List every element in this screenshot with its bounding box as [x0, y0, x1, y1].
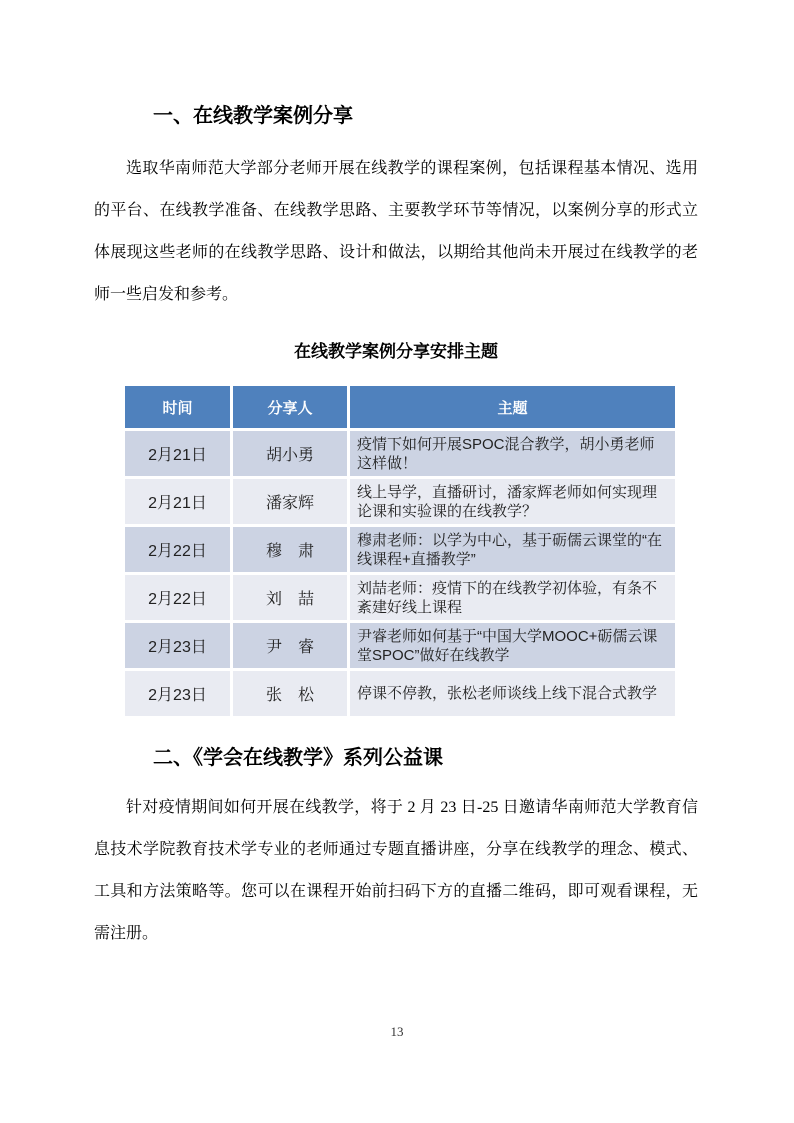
section-1-paragraph: 选取华南师范大学部分老师开展在线教学的课程案例，包括课程基本情况、选用的平台、在… [94, 148, 698, 316]
section-2-paragraph: 针对疫情期间如何开展在线教学，将于 2 月 23 日-25 日邀请华南师范大学教… [94, 787, 698, 955]
table-row: 2月22日 刘 喆 刘喆老师：疫情下的在线教学初体验，有条不紊建好线上课程 [124, 574, 677, 622]
section-1-heading: 一、在线教学案例分享 [94, 101, 698, 132]
cell-presenter: 刘 喆 [232, 574, 349, 622]
schedule-table-wrapper: 时间 分享人 主题 2月21日 胡小勇 疫情下如何开展SPOC混合教学，胡小勇老… [122, 383, 698, 719]
cell-presenter: 穆 肃 [232, 526, 349, 574]
cell-presenter: 胡小勇 [232, 430, 349, 478]
cell-topic: 刘喆老师：疫情下的在线教学初体验，有条不紊建好线上课程 [349, 574, 677, 622]
section-2-heading: 二、《学会在线教学》系列公益课 [94, 743, 698, 774]
column-header-presenter: 分享人 [232, 385, 349, 430]
table-row: 2月22日 穆 肃 穆肃老师：以学为中心，基于砺儒云课堂的“在线课程+直播教学” [124, 526, 677, 574]
cell-topic: 穆肃老师：以学为中心，基于砺儒云课堂的“在线课程+直播教学” [349, 526, 677, 574]
cell-topic: 停课不停教，张松老师谈线上线下混合式教学 [349, 670, 677, 718]
table-caption: 在线教学案例分享安排主题 [94, 338, 698, 366]
cell-date: 2月23日 [124, 622, 232, 670]
cell-presenter: 潘家辉 [232, 478, 349, 526]
cell-date: 2月21日 [124, 478, 232, 526]
schedule-table: 时间 分享人 主题 2月21日 胡小勇 疫情下如何开展SPOC混合教学，胡小勇老… [122, 383, 678, 719]
column-header-topic: 主题 [349, 385, 677, 430]
page-number: 13 [0, 1024, 794, 1040]
cell-topic: 疫情下如何开展SPOC混合教学，胡小勇老师这样做！ [349, 430, 677, 478]
cell-date: 2月23日 [124, 670, 232, 718]
cell-presenter: 尹 睿 [232, 622, 349, 670]
column-header-time: 时间 [124, 385, 232, 430]
cell-date: 2月21日 [124, 430, 232, 478]
table-row: 2月23日 张 松 停课不停教，张松老师谈线上线下混合式教学 [124, 670, 677, 718]
cell-date: 2月22日 [124, 574, 232, 622]
document-page: 一、在线教学案例分享 选取华南师范大学部分老师开展在线教学的课程案例，包括课程基… [0, 0, 794, 1123]
table-row: 2月21日 胡小勇 疫情下如何开展SPOC混合教学，胡小勇老师这样做！ [124, 430, 677, 478]
page-content: 一、在线教学案例分享 选取华南师范大学部分老师开展在线教学的课程案例，包括课程基… [0, 0, 794, 955]
table-row: 2月21日 潘家辉 线上导学，直播研讨，潘家辉老师如何实现理论课和实验课的在线教… [124, 478, 677, 526]
cell-presenter: 张 松 [232, 670, 349, 718]
table-header-row: 时间 分享人 主题 [124, 385, 677, 430]
cell-topic: 线上导学，直播研讨，潘家辉老师如何实现理论课和实验课的在线教学？ [349, 478, 677, 526]
cell-date: 2月22日 [124, 526, 232, 574]
cell-topic: 尹睿老师如何基于“中国大学MOOC+砺儒云课堂SPOC”做好在线教学 [349, 622, 677, 670]
table-row: 2月23日 尹 睿 尹睿老师如何基于“中国大学MOOC+砺儒云课堂SPOC”做好… [124, 622, 677, 670]
